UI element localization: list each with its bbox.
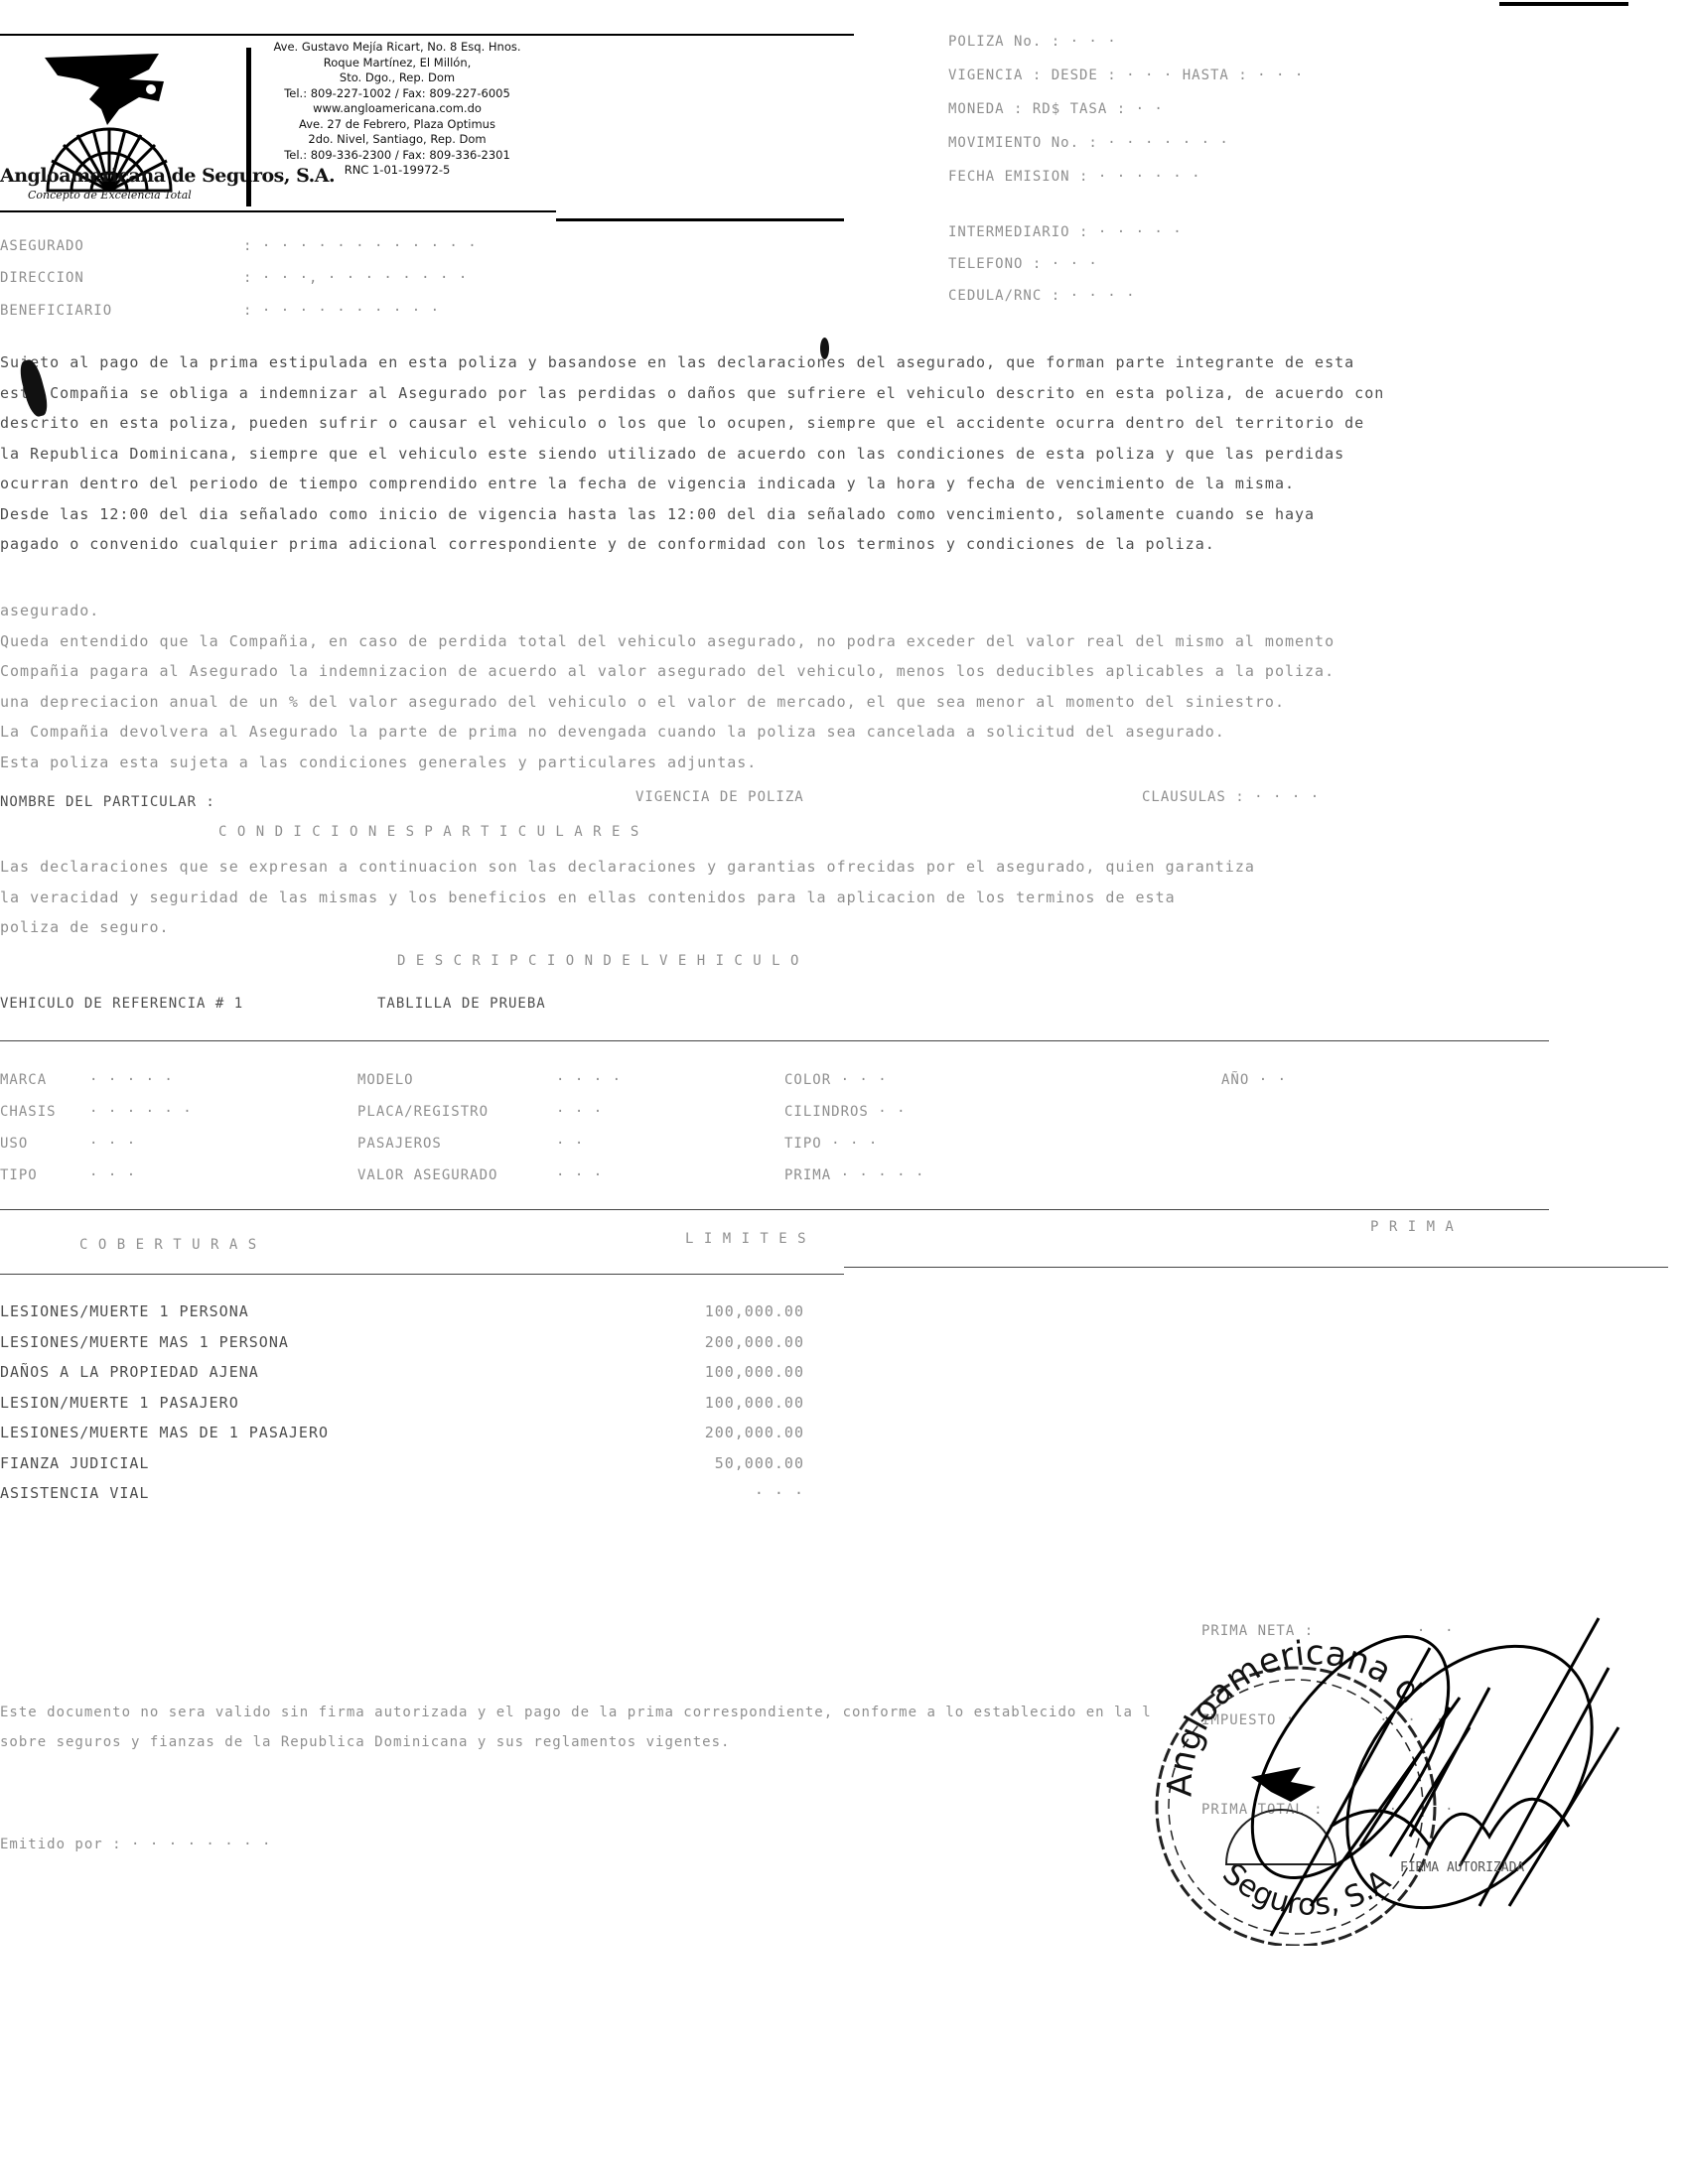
policy-number: POLIZA No. : · · · [948, 25, 1304, 59]
vehicle-field-value: · · · [556, 1104, 603, 1120]
coverage-limit: 100,000.00 [616, 1363, 804, 1394]
beneficiary-label: BENEFICIARIO [0, 303, 112, 319]
coverage-name: LESIONES/MUERTE 1 PERSONA [0, 1302, 596, 1333]
coverage-header-rule [0, 1274, 844, 1275]
header-bottom-rule [0, 210, 556, 212]
phone: TELEFONO : · · · [948, 256, 1098, 272]
address-line: Tel.: 809-227-1002 / Fax: 809-227-6005 [253, 86, 541, 102]
coverage-name: DAÑOS A LA PROPIEDAD AJENA [0, 1363, 596, 1394]
declaration-line: la veracidad y seguridad de las mismas y… [0, 883, 1678, 913]
policy-header-info: POLIZA No. : · · · VIGENCIA : DESDE : · … [948, 25, 1304, 194]
vehicle-field-label: PLACA/REGISTRO [357, 1104, 489, 1120]
insured-label: ASEGURADO [0, 238, 84, 254]
coverage-limit: 100,000.00 [616, 1394, 804, 1425]
body-line: una depreciacion anual de un % del valor… [0, 687, 1678, 718]
vehicle-field: AÑO · · [1221, 1072, 1287, 1088]
address-line: RNC 1-01-19972-5 [253, 163, 541, 179]
company-stamp-signature: Angloamericana de Seguros, S.A. FIRMA AU… [1132, 1608, 1628, 1946]
particular-title: NOMBRE DEL PARTICULAR : [0, 794, 215, 810]
vehicle-field: PRIMA · · · · · [784, 1167, 924, 1183]
policy-body-text: Sujeto al pago de la prima estipulada en… [0, 347, 1678, 560]
stamp-top-text: Angloamericana de [1132, 1608, 1429, 1797]
footer-note-line: Este documento no sera valido sin firma … [0, 1698, 1152, 1727]
vehicle-field-label: TIPO [0, 1167, 38, 1183]
declaration-line: Las declaraciones que se expresan a cont… [0, 852, 1678, 883]
vehicle-reference-value: TABLILLA DE PRUEBA [377, 996, 546, 1012]
policy-issue-date: FECHA EMISION : · · · · · · [948, 160, 1304, 194]
coverage-header-rule-right [844, 1267, 1668, 1268]
id-number: CEDULA/RNC : · · · · [948, 288, 1136, 304]
address-line: 2do. Nivel, Santiago, Rep. Dom [253, 132, 541, 148]
address-line: www.angloamericana.com.do [253, 101, 541, 117]
policy-movement: MOVIMIENTO No. : · · · · · · · [948, 126, 1304, 160]
coverage-name: LESIONES/MUERTE MAS 1 PERSONA [0, 1333, 596, 1364]
footer-notes: Este documento no sera valido sin firma … [0, 1698, 1152, 1757]
body-line: descrito en esta poliza, pueden sufrir o… [0, 408, 1678, 439]
company-tagline: Concepto de Excelencia Total [28, 189, 192, 202]
policy-currency: MONEDA : RD$ TASA : · · [948, 92, 1304, 126]
body-line: asegurado. [0, 596, 1678, 626]
body-line: la Republica Dominicana, siempre que el … [0, 439, 1678, 470]
header-bottom-rule-ext [556, 218, 844, 221]
body-line: Esta poliza esta sujeta a las condicione… [0, 748, 1678, 778]
declaration-text: Las declaraciones que se expresan a cont… [0, 852, 1678, 943]
coverage-name: ASISTENCIA VIAL [0, 1484, 596, 1515]
declaration-line: poliza de seguro. [0, 912, 1678, 943]
vehicle-top-rule [0, 1040, 1549, 1041]
limits-header: L I M I T E S [685, 1231, 807, 1247]
address-line: Ave. Gustavo Mejía Ricart, No. 8 Esq. Hn… [253, 40, 541, 56]
coverages-header: C O B E R T U R A S [79, 1237, 257, 1253]
vehicle-field-value: · · · [89, 1167, 136, 1183]
vehicle-field-label: VALOR ASEGURADO [357, 1167, 497, 1183]
intermediary: INTERMEDIARIO : · · · · · [948, 224, 1183, 240]
vehicle-field-value: · · · [89, 1136, 136, 1152]
address-line: Tel.: 809-336-2300 / Fax: 809-336-2301 [253, 148, 541, 164]
address-value: : · · ·, · · · · · · · · [243, 270, 468, 286]
coverage-limit: 50,000.00 [616, 1454, 804, 1485]
body-line: Sujeto al pago de la prima estipulada en… [0, 347, 1678, 378]
vehicle-field-value: · · · [556, 1167, 603, 1183]
coverage-top-rule [0, 1209, 1549, 1210]
coverage-limit: 100,000.00 [616, 1302, 804, 1333]
vehicle-section-title: D E S C R I P C I O N D E L V E H I C U … [397, 953, 799, 969]
vehicle-field-value: · · · · · [89, 1072, 174, 1088]
ink-blot [820, 338, 829, 359]
insured-value: : · · · · · · · · · · · · [243, 238, 478, 254]
address-line: Sto. Dgo., Rep. Dom [253, 70, 541, 86]
coverage-limit: · · · [616, 1484, 804, 1515]
vehicle-field-value: · · [556, 1136, 584, 1152]
coverage-name: LESIONES/MUERTE MAS DE 1 PASAJERO [0, 1424, 596, 1454]
signature-caption: FIRMA AUTORIZADA [1400, 1860, 1524, 1875]
vehicle-field: COLOR · · · [784, 1072, 888, 1088]
premium-header: P R I M A [1370, 1219, 1455, 1235]
coverage-limit: 200,000.00 [616, 1424, 804, 1454]
policy-body-text-2: asegurado. Queda entendido que la Compañ… [0, 596, 1678, 777]
coverage-name: LESION/MUERTE 1 PASAJERO [0, 1394, 596, 1425]
coverage-limits: 100,000.00200,000.00100,000.00100,000.00… [616, 1302, 804, 1515]
vehicle-field: CILINDROS · · [784, 1104, 907, 1120]
company-address: Ave. Gustavo Mejía Ricart, No. 8 Esq. Hn… [253, 40, 541, 179]
coverage-name: FIANZA JUDICIAL [0, 1454, 596, 1485]
body-line: Queda entendido que la Compañia, en caso… [0, 626, 1678, 657]
address-line: Roque Martínez, El Millón, [253, 56, 541, 71]
body-line: esta Compañia se obliga a indemnizar al … [0, 378, 1678, 409]
body-line: Desde las 12:00 del dia señalado como in… [0, 499, 1678, 530]
particular-subtitle: C O N D I C I O N E S P A R T I C U L A … [218, 824, 639, 840]
footer-note-line: sobre seguros y fianzas de la Republica … [0, 1727, 1152, 1757]
vehicle-field-label: USO [0, 1136, 28, 1152]
header-top-rule [0, 34, 854, 36]
vehicle-field-label: PASAJEROS [357, 1136, 442, 1152]
header-top-rule-right [1499, 2, 1628, 6]
policy-validity: VIGENCIA : DESDE : · · · HASTA : · · · [948, 59, 1304, 92]
vehicle-field-label: MARCA [0, 1072, 47, 1088]
address-line: Ave. 27 de Febrero, Plaza Optimus [253, 117, 541, 133]
vehicle-field-label: MODELO [357, 1072, 414, 1088]
header-divider [246, 48, 251, 206]
body-line: ocurran dentro del periodo de tiempo com… [0, 469, 1678, 499]
issued-by: Emitido por : · · · · · · · · [0, 1837, 271, 1852]
body-line: pagado o convenido cualquier prima adici… [0, 529, 1678, 560]
particular-right: CLAUSULAS : · · · · [1142, 789, 1320, 805]
particular-center: VIGENCIA DE POLIZA [635, 789, 804, 805]
beneficiary-value: : · · · · · · · · · · [243, 303, 440, 319]
coverage-list: LESIONES/MUERTE 1 PERSONALESIONES/MUERTE… [0, 1302, 596, 1515]
vehicle-field-value: · · · · [556, 1072, 622, 1088]
coverage-limit: 200,000.00 [616, 1333, 804, 1364]
body-line: Compañia pagara al Asegurado la indemniz… [0, 656, 1678, 687]
vehicle-field-value: · · · · · · [89, 1104, 193, 1120]
vehicle-reference-label: VEHICULO DE REFERENCIA # 1 [0, 996, 243, 1012]
body-line: La Compañia devolvera al Asegurado la pa… [0, 717, 1678, 748]
vehicle-field: TIPO · · · [784, 1136, 878, 1152]
address-label: DIRECCION [0, 270, 84, 286]
vehicle-field-label: CHASIS [0, 1104, 57, 1120]
